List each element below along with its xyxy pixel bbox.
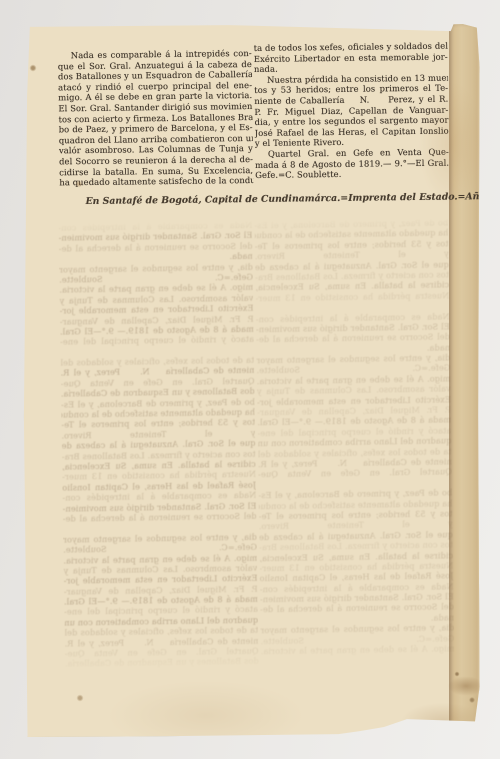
verso-bleedthrough-left: Nada es comparable á la intrepidés con-E…: [58, 220, 259, 673]
text-column-left: Nada es comparable á la intrepidés con-q…: [58, 48, 254, 188]
text-line: ha quedado altamente satisfecho de la co…: [59, 175, 253, 188]
paper-sheet: Nada es comparable á la intrepidés con-q…: [23, 24, 480, 737]
recto-print-area: Nada es comparable á la intrepidés con-q…: [20, 21, 486, 740]
verso-bleedthrough-line: dos Batallones y un Esquadron de Caballe…: [65, 656, 259, 669]
imprint-line: En Santafé de Bogotá, Capital de Cundina…: [85, 191, 485, 207]
verso-bleedthrough-line: [261, 654, 455, 667]
photo-background: Nada es comparable á la intrepidés con-q…: [0, 0, 500, 759]
text-column-right: ta de todos los xefes, oficiales y solda…: [254, 41, 450, 192]
verso-bleedthrough-right: bo de Paez, y primero de Barcelona, y el…: [254, 217, 455, 670]
